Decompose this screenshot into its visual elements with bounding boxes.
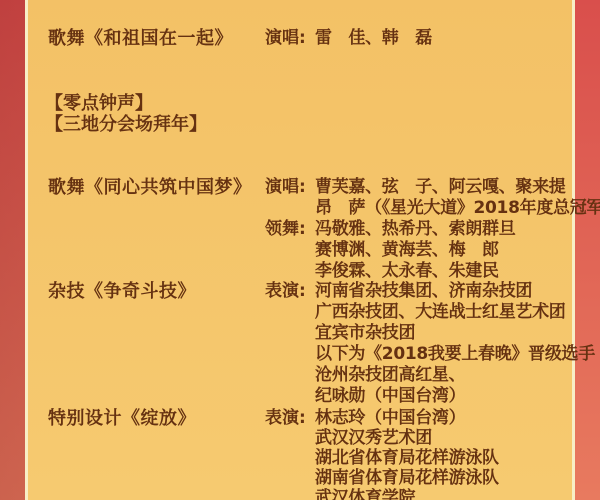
credit-group: 演唱: 曹芙嘉、弦 子、阿云嘎、聚来提 昂 萨（《星光大道》2018年度总冠军） [265, 177, 600, 219]
credit-line: 李俊霖、太永春、朱建民 [315, 261, 515, 282]
credit-label: 演唱: [265, 177, 315, 198]
credit-line: 赛博渊、黄海芸、梅 郎 [315, 240, 515, 261]
credit-line-clipped: 武汉体育学院 [315, 488, 499, 500]
credit-line: 武汉汉秀艺术团 [315, 428, 499, 448]
credit-line: 冯敬雅、热希丹、索朗群旦 [315, 219, 515, 240]
credit-label: 领舞: [265, 219, 315, 240]
section-note: 【三地分会场拜年】 [45, 114, 207, 135]
credit-line: 林志玲（中国台湾） [315, 408, 499, 428]
credit-group: 领舞: 冯敬雅、热希丹、索朗群旦 赛博渊、黄海芸、梅 郎 李俊霖、太永春、朱建民 [265, 219, 515, 282]
credit-line: 纪咏勋（中国台湾） [315, 386, 595, 407]
credit-line: 雷 佳、韩 磊 [315, 28, 432, 49]
credit-lines: 雷 佳、韩 磊 [315, 28, 432, 49]
credit-line: 湖南省体育局花样游泳队 [315, 468, 499, 488]
section-notes-list: 【零点钟声】 【三地分会场拜年】 [45, 93, 207, 135]
program-poster: 歌舞《和祖国在一起》 演唱: 雷 佳、韩 磊 【零点钟声】 【三地分会场拜年】 … [0, 0, 600, 500]
credit-line: 以下为《2018我要上春晚》晋级选手 [315, 344, 595, 365]
credit-group: 表演: 林志玲（中国台湾） 武汉汉秀艺术团 湖北省体育局花样游泳队 湖南省体育局… [265, 408, 499, 500]
credit-line: 宜宾市杂技团 [315, 323, 595, 344]
credit-lines: 冯敬雅、热希丹、索朗群旦 赛博渊、黄海芸、梅 郎 李俊霖、太永春、朱建民 [315, 219, 515, 282]
credit-label: 表演: [265, 281, 315, 302]
program-item-title: 杂技《争奇斗技》 [48, 281, 196, 302]
credit-label: 表演: [265, 408, 315, 428]
credit-group: 表演: 河南省杂技集团、济南杂技团 广西杂技团、大连战士红星艺术团 宜宾市杂技团… [265, 281, 595, 407]
credit-line: 广西杂技团、大连战士红星艺术团 [315, 302, 595, 323]
credit-line: 沧州杂技团高红星、 [315, 365, 595, 386]
credit-lines: 河南省杂技集团、济南杂技团 广西杂技团、大连战士红星艺术团 宜宾市杂技团 以下为… [315, 281, 595, 407]
credit-line: 昂 萨（《星光大道》2018年度总冠军） [315, 198, 600, 219]
program-item-title: 歌舞《同心共筑中国梦》 [48, 177, 252, 198]
section-note: 【零点钟声】 [45, 93, 207, 114]
program-item-title: 特别设计《绽放》 [48, 408, 196, 429]
credit-label: 演唱: [265, 28, 315, 49]
credit-line: 河南省杂技集团、济南杂技团 [315, 281, 595, 302]
credit-line: 曹芙嘉、弦 子、阿云嘎、聚来提 [315, 177, 600, 198]
program-item-title: 歌舞《和祖国在一起》 [48, 28, 233, 49]
program-card: 歌舞《和祖国在一起》 演唱: 雷 佳、韩 磊 【零点钟声】 【三地分会场拜年】 … [25, 0, 575, 500]
credit-group: 演唱: 雷 佳、韩 磊 [265, 28, 432, 49]
credit-lines: 曹芙嘉、弦 子、阿云嘎、聚来提 昂 萨（《星光大道》2018年度总冠军） [315, 177, 600, 219]
credit-lines: 林志玲（中国台湾） 武汉汉秀艺术团 湖北省体育局花样游泳队 湖南省体育局花样游泳… [315, 408, 499, 500]
credit-line: 湖北省体育局花样游泳队 [315, 448, 499, 468]
